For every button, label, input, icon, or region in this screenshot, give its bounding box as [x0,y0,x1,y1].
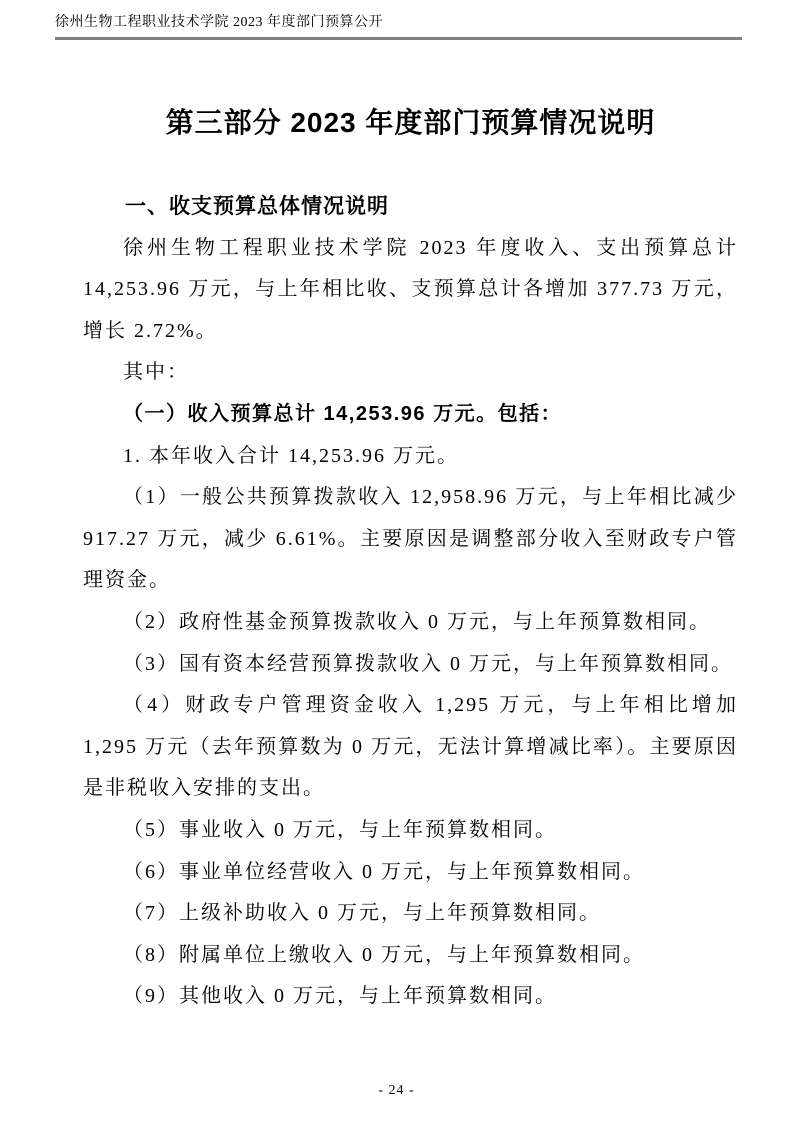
paragraph-item-8-affiliated-unit-income: （8）附属单位上缴收入 0 万元，与上年预算数相同。 [83,935,738,977]
subsection-heading-income-total: （一）收入预算总计 14,253.96 万元。包括： [83,394,738,436]
paragraph-annual-income: 1. 本年收入合计 14,253.96 万元。 [83,436,738,478]
header-divider [55,37,742,40]
document-title: 第三部分 2023 年度部门预算情况说明 [83,100,738,146]
document-content: 第三部分 2023 年度部门预算情况说明 一、收支预算总体情况说明 徐州生物工程… [83,100,738,1018]
paragraph-item-7-superior-subsidy: （7）上级补助收入 0 万元，与上年预算数相同。 [83,893,738,935]
paragraph-item-2-government-fund: （2）政府性基金预算拨款收入 0 万元，与上年预算数相同。 [83,602,738,644]
paragraph-item-6-institution-operating-income: （6）事业单位经营收入 0 万元，与上年预算数相同。 [83,852,738,894]
paragraph-item-3-state-capital: （3）国有资本经营预算拨款收入 0 万元，与上年预算数相同。 [83,644,738,686]
document-page: 徐州生物工程职业技术学院 2023 年度部门预算公开 第三部分 2023 年度部… [0,0,793,1122]
page-number: - 24 - [0,1083,793,1099]
paragraph-budget-summary: 徐州生物工程职业技术学院 2023 年度收入、支出预算总计 14,253.96 … [83,228,738,353]
paragraph-among-which: 其中： [83,352,738,394]
paragraph-item-4-fiscal-special-account: （4）财政专户管理资金收入 1,295 万元，与上年相比增加 1,295 万元（… [83,685,738,810]
paragraph-item-5-institution-income: （5）事业收入 0 万元，与上年预算数相同。 [83,810,738,852]
section-heading: 一、收支预算总体情况说明 [83,186,738,228]
paragraph-item-1-general-public-budget: （1）一般公共预算拨款收入 12,958.96 万元，与上年相比减少 917.2… [83,477,738,602]
paragraph-item-9-other-income: （9）其他收入 0 万元，与上年预算数相同。 [83,976,738,1018]
page-header-text: 徐州生物工程职业技术学院 2023 年度部门预算公开 [55,11,383,31]
